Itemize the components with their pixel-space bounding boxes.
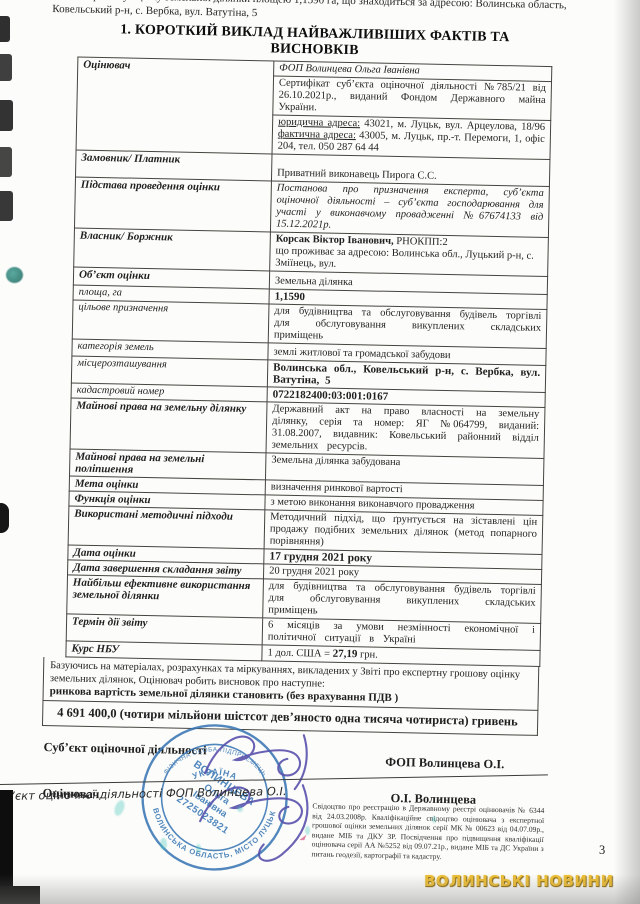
rate-suffix: грн. xyxy=(357,649,378,660)
certificate-note: Свідоцтво про реєстрацію в Державному ре… xyxy=(311,801,544,863)
scan-smudge xyxy=(237,806,243,812)
appraiser-certificate: Сертифікат суб’єкта оціночної діяльності… xyxy=(273,76,552,121)
row-label: Оцінювач xyxy=(76,57,274,154)
row-label: Найбільш ефективне використання земельно… xyxy=(67,575,264,618)
row-label: Майнові права на земельну ділянку xyxy=(70,398,267,453)
appraiser-addresses: юридична адреса: 43021, м. Луцьк, вул. А… xyxy=(272,115,551,160)
row-label: Термін дії звіту xyxy=(66,614,263,645)
scan-binding-mark xyxy=(0,100,13,131)
scan-smudge xyxy=(196,844,201,853)
table-row: Підстава проведення оцінки Постанова про… xyxy=(74,177,549,238)
conclusion-text: Базуючись на матеріалах, розрахунках та … xyxy=(50,660,520,690)
fact-address-label: фактична адреса: xyxy=(278,129,356,142)
scan-edge-shadow xyxy=(614,0,640,904)
subject-name: ФОП Волинцева О.І. xyxy=(385,755,504,772)
legal-address-label: юридична адреса: xyxy=(278,117,360,130)
row-sublabel: місцерозташування xyxy=(71,356,268,387)
scan-smudge xyxy=(432,816,436,823)
scan-spot xyxy=(6,267,23,283)
rate-prefix: 1 дол. США = xyxy=(267,647,332,659)
scan-binding-mark xyxy=(0,503,9,533)
scan-smudge xyxy=(305,826,310,835)
basis-value: Постанова про призначення експерта, суб’… xyxy=(270,181,549,238)
row-label: Використані методичні підходи xyxy=(68,506,265,549)
facts-table: Оцінювач ФОП Волинцева Ольга Іванівна Се… xyxy=(65,57,552,667)
row-label: Власник/ Боржник xyxy=(74,228,271,271)
owner-address: що проживає за адресою: Волинська обл., … xyxy=(275,246,534,270)
land-rights-value: Державний акт на право власності на земе… xyxy=(266,402,545,459)
section-title: 1. КОРОТКИЙ ВИКЛАД НАЙВАЖЛИВІШИХ ФАКТІВ … xyxy=(77,22,552,64)
scan-binding-mark xyxy=(0,54,12,81)
scan-smudge xyxy=(160,838,167,850)
rate-number: 27,19 xyxy=(333,648,358,660)
owner-id: РНОКПП:2 xyxy=(396,236,448,248)
purpose-value: для будівництва та обслуговування будіве… xyxy=(268,304,547,349)
document-content: грошову оцінку земельної ділянки площею … xyxy=(0,0,640,866)
scan-binding-mark xyxy=(0,16,10,42)
scan-edge-shadow xyxy=(0,874,640,904)
best-use-value: для будівництва та обслуговування будіве… xyxy=(263,579,542,624)
owner-value: Корсак Віктор Іванович, РНОКПП:2що прожи… xyxy=(270,232,549,277)
page-number: 3 xyxy=(599,843,605,858)
scan-binding-mark xyxy=(0,147,12,177)
scanned-document-page: грошову оцінку земельної ділянки площею … xyxy=(0,0,640,904)
row-sublabel: цільове призначення xyxy=(72,300,269,343)
row-label: Підстава проведення оцінки xyxy=(74,177,271,232)
scan-binding-mark xyxy=(0,191,13,221)
row-label: Майнові права на земельні поліпшення xyxy=(70,449,267,480)
row-label: Замовник/ Платник xyxy=(76,150,273,181)
methods-value: Методичний підхід, що ґрунтується на зіс… xyxy=(264,510,543,555)
owner-name: Корсак Віктор Іванович, xyxy=(276,234,394,247)
